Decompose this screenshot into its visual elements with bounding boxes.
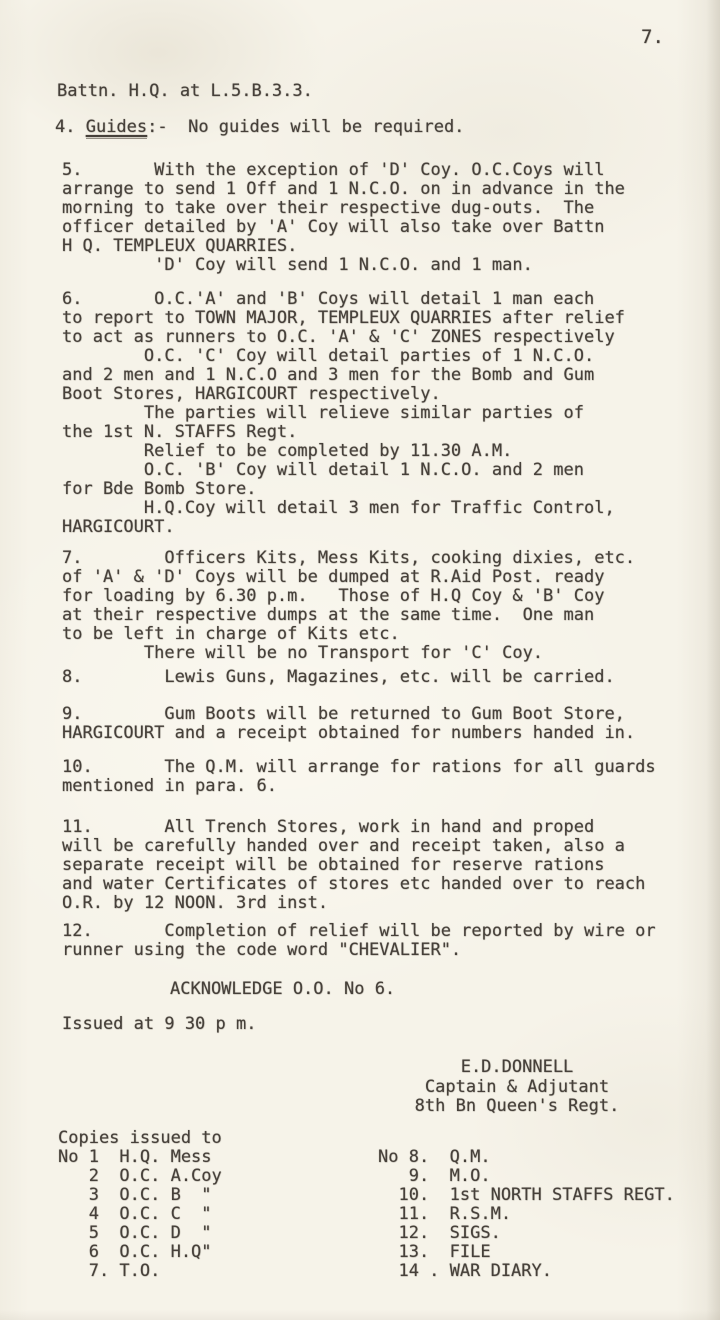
text-line: the 1st N. STAFFS Regt. <box>62 423 625 442</box>
para-8: 8. Lewis Guns, Magazines, etc. will be c… <box>62 668 615 687</box>
text-line: Relief to be completed by 11.30 A.M. <box>62 442 625 461</box>
text-line: No 8. Q.M. <box>378 1148 675 1167</box>
text-line: 11. R.S.M. <box>378 1205 675 1224</box>
document-page: 7. Battn. H.Q. at L.5.B.3.3. 4. Guides:-… <box>0 0 720 1320</box>
text-line: 9. M.O. <box>378 1167 675 1186</box>
text-line: to act as runners to O.C. 'A' & 'C' ZONE… <box>62 328 625 347</box>
issued-line: Issued at 9 30 p m. <box>62 1015 256 1034</box>
text-line: of 'A' & 'D' Coys will be dumped at R.Ai… <box>62 568 635 587</box>
para-4-guides: 4. Guides:- No guides will be required. <box>55 118 464 137</box>
text-line: to report to TOWN MAJOR, TEMPLEUX QUARRI… <box>62 309 625 328</box>
acknowledge-line: ACKNOWLEDGE O.O. No 6. <box>170 980 395 999</box>
para-4-number: 4. <box>55 117 86 137</box>
text-line: The parties will relieve similar parties… <box>62 404 625 423</box>
para-5: 5. With the exception of 'D' Coy. O.C.Co… <box>62 161 625 275</box>
text-line: O.C. 'C' Coy will detail parties of 1 N.… <box>62 347 625 366</box>
text-line: 4 O.C. C " <box>58 1205 222 1224</box>
copies-left-column: No 1 H.Q. Mess 2 O.C. A.Coy 3 O.C. B " 4… <box>58 1148 222 1281</box>
signature-name: E.D.DONNELL <box>406 1058 628 1078</box>
text-line: officer detailed by 'A' Coy will also ta… <box>62 218 625 237</box>
para-11: 11. All Trench Stores, work in hand and … <box>62 818 645 913</box>
text-line: separate receipt will be obtained for re… <box>62 856 645 875</box>
text-line: morning to take over their respective du… <box>62 199 625 218</box>
text-line: No 1 H.Q. Mess <box>58 1148 222 1167</box>
text-line: arrange to send 1 Off and 1 N.C.O. on in… <box>62 180 625 199</box>
copies-right-column: No 8. Q.M. 9. M.O. 10. 1st NORTH STAFFS … <box>378 1148 675 1281</box>
text-line: to be left in charge of Kits etc. <box>62 625 635 644</box>
text-line: 7. T.O. <box>58 1262 222 1281</box>
text-line: 5. With the exception of 'D' Coy. O.C.Co… <box>62 161 625 180</box>
text-line: Boot Stores, HARGICOURT respectively. <box>62 385 625 404</box>
copies-title: Copies issued to <box>58 1129 222 1148</box>
text-line: 11. All Trench Stores, work in hand and … <box>62 818 645 837</box>
text-line: mentioned in para. 6. <box>62 777 656 796</box>
para-10: 10. The Q.M. will arrange for rations fo… <box>62 758 656 796</box>
text-line: H.Q.Coy will detail 3 men for Traffic Co… <box>62 499 625 518</box>
text-line: 6. O.C.'A' and 'B' Coys will detail 1 ma… <box>62 290 625 309</box>
text-line: 9. Gum Boots will be returned to Gum Boo… <box>62 705 635 724</box>
para-12: 12. Completion of relief will be reporte… <box>62 922 656 960</box>
text-line: 8. Lewis Guns, Magazines, etc. will be c… <box>62 668 615 687</box>
text-line: for loading by 6.30 p.m. Those of H.Q Co… <box>62 587 635 606</box>
page-number: 7. <box>641 28 664 47</box>
signature-unit: 8th Bn Queen's Regt. <box>406 1097 628 1117</box>
battalion-hq-line: Battn. H.Q. at L.5.B.3.3. <box>57 82 313 101</box>
text-line: at their respective dumps at the same ti… <box>62 606 635 625</box>
text-line: and 2 men and 1 N.C.O and 3 men for the … <box>62 366 625 385</box>
text-line: will be carefully handed over and receip… <box>62 837 645 856</box>
text-line: and water Certificates of stores etc han… <box>62 875 645 894</box>
text-line: HARGICOURT and a receipt obtained for nu… <box>62 724 635 743</box>
para-4-text: :- No guides will be required. <box>147 117 464 137</box>
page-bottom-shadow <box>0 1310 720 1320</box>
signature-rank: Captain & Adjutant <box>406 1078 628 1098</box>
text-line: O.R. by 12 NOON. 3rd inst. <box>62 894 645 913</box>
text-line: 14 . WAR DIARY. <box>378 1262 675 1281</box>
text-line: 7. Officers Kits, Mess Kits, cooking dix… <box>62 549 635 568</box>
text-line: 10. The Q.M. will arrange for rations fo… <box>62 758 656 777</box>
text-line: 12. Completion of relief will be reporte… <box>62 922 656 941</box>
text-line: O.C. 'B' Coy will detail 1 N.C.O. and 2 … <box>62 461 625 480</box>
guides-heading: Guides <box>86 117 147 139</box>
page-edge-shadow <box>706 0 720 1320</box>
text-line: 3 O.C. B " <box>58 1186 222 1205</box>
text-line: runner using the code word "CHEVALIER". <box>62 941 656 960</box>
text-line: H Q. TEMPLEUX QUARRIES. <box>62 237 625 256</box>
text-line: 13. FILE <box>378 1243 675 1262</box>
text-line: 2 O.C. A.Coy <box>58 1167 222 1186</box>
text-line: for Bde Bomb Store. <box>62 480 625 499</box>
text-line: 5 O.C. D " <box>58 1224 222 1243</box>
para-9: 9. Gum Boots will be returned to Gum Boo… <box>62 705 635 743</box>
text-line: There will be no Transport for 'C' Coy. <box>62 644 635 663</box>
para-6: 6. O.C.'A' and 'B' Coys will detail 1 ma… <box>62 290 625 537</box>
text-line: 12. SIGS. <box>378 1224 675 1243</box>
text-line: 6 O.C. H.Q" <box>58 1243 222 1262</box>
signature-block: E.D.DONNELL Captain & Adjutant 8th Bn Qu… <box>406 1058 628 1117</box>
text-line: HARGICOURT. <box>62 518 625 537</box>
text-line: 10. 1st NORTH STAFFS REGT. <box>378 1186 675 1205</box>
text-line: 'D' Coy will send 1 N.C.O. and 1 man. <box>62 256 625 275</box>
para-7: 7. Officers Kits, Mess Kits, cooking dix… <box>62 549 635 663</box>
